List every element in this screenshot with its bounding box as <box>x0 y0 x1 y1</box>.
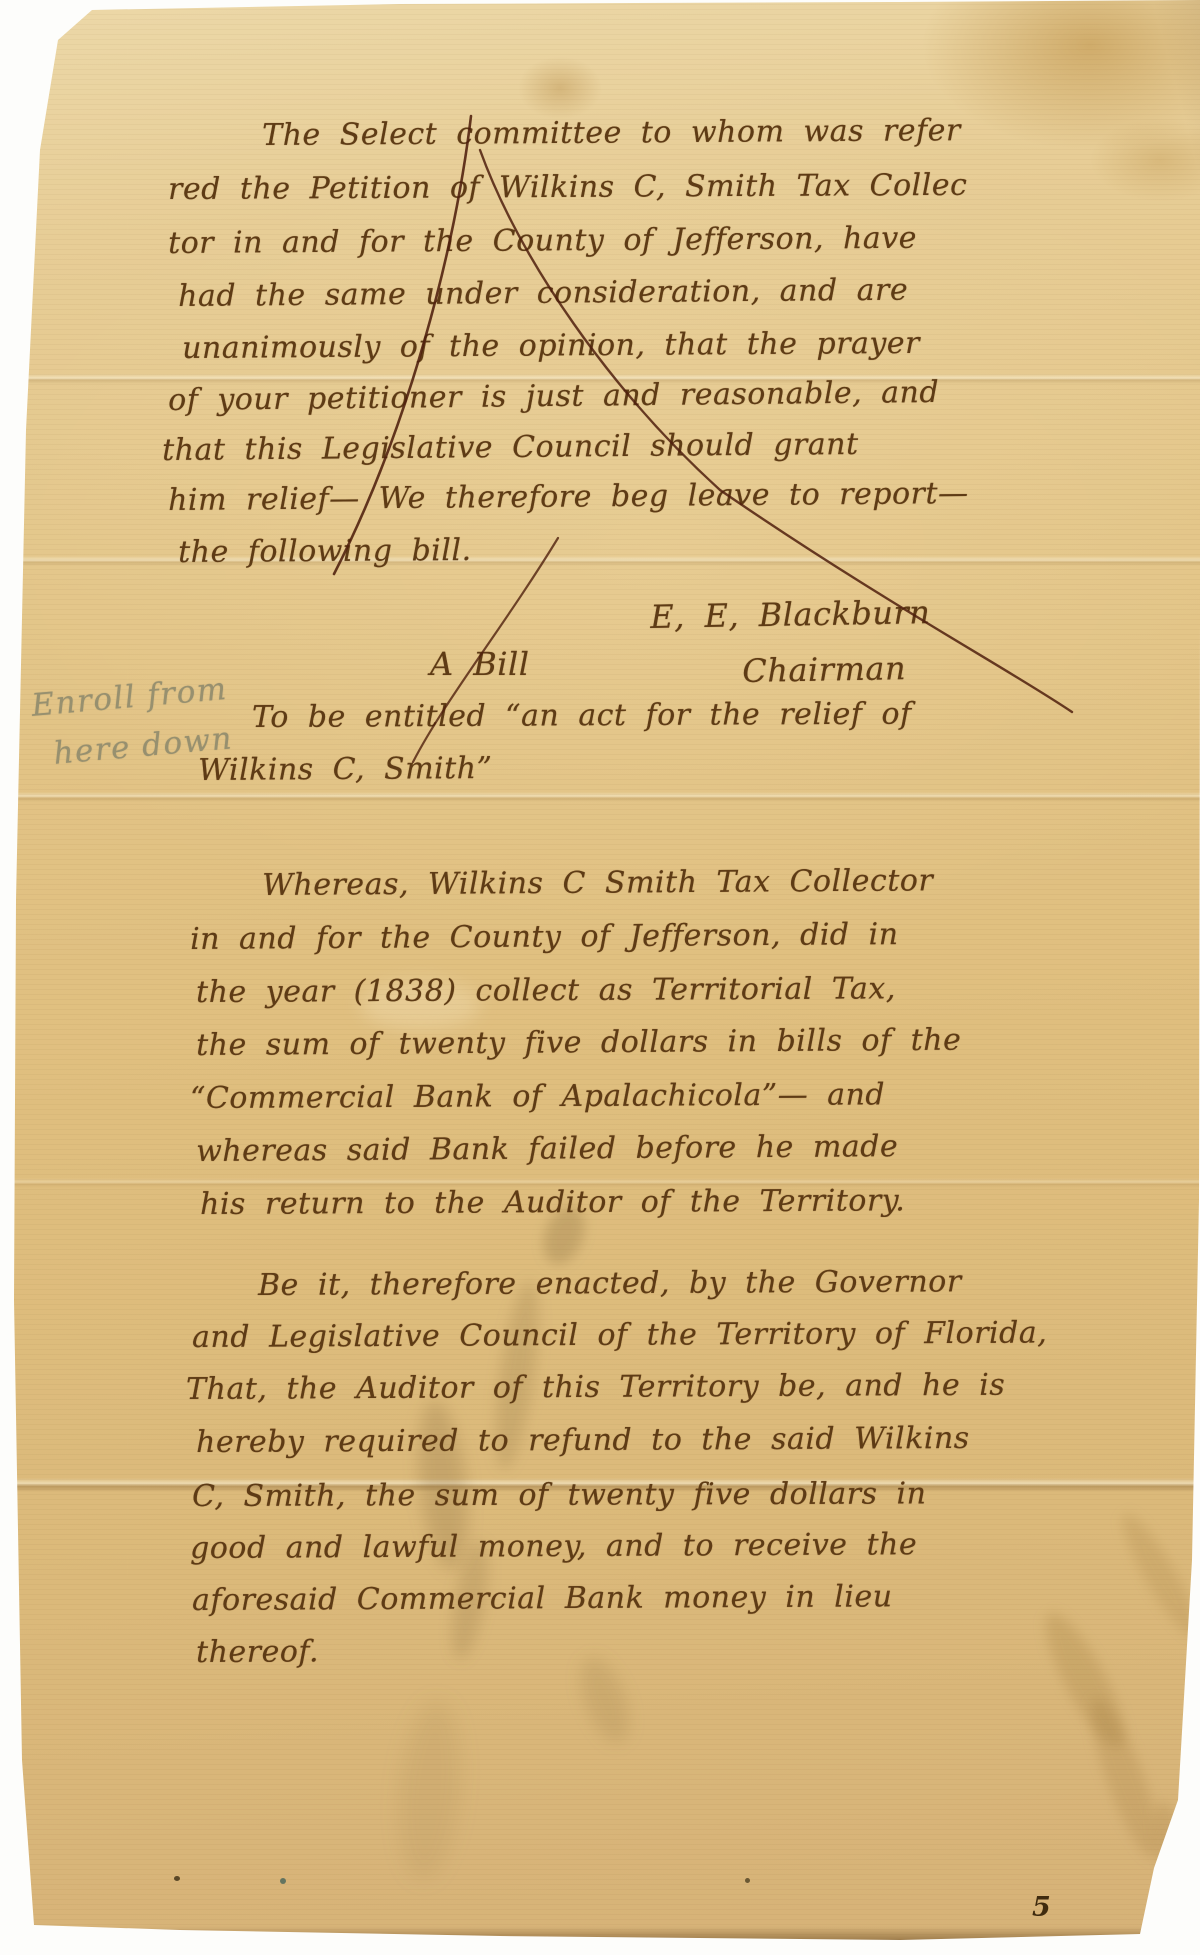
enacting-line: Be it, therefore enacted, by the Governo… <box>258 1264 962 1303</box>
whereas-line: “Commercial Bank of Apalachicola”— and <box>190 1077 885 1116</box>
whereas-line: the sum of twenty five dollars in bills … <box>196 1023 961 1063</box>
ink-dot <box>174 1876 180 1881</box>
report-line: red the Petition of Wilkins C, Smith Tax… <box>168 168 967 207</box>
report-line: of your petitioner is just and reasonabl… <box>168 375 939 418</box>
bill-title-line: To be entitled “an act for the relief of <box>252 697 912 735</box>
page-number: 5 <box>1032 1892 1051 1923</box>
signature-title: Chairman <box>742 649 906 690</box>
ghost-writing-smudge <box>392 1698 467 1883</box>
ink-dot <box>745 1878 750 1883</box>
report-line: the following bill. <box>178 533 472 570</box>
pencil-note-line: Enroll from <box>30 671 229 724</box>
enacting-line: hereby required to refund to the said Wi… <box>196 1421 970 1460</box>
ink-dot <box>280 1878 286 1884</box>
enacting-line: That, the Auditor of this Territory be, … <box>186 1368 1005 1407</box>
whereas-line: whereas said Bank failed before he made <box>196 1129 898 1169</box>
whereas-line: his return to the Auditor of the Territo… <box>200 1183 905 1222</box>
ghost-writing-smudge <box>1146 1798 1200 1912</box>
report-line: him relief— We therefore beg leave to re… <box>168 476 969 518</box>
report-line: unanimously of the opinion, that the pra… <box>182 326 920 366</box>
report-line: The Select committee to whom was refer <box>262 113 961 153</box>
report-line: tor in and for the County of Jefferson, … <box>168 221 917 261</box>
document-paper: The Select committee to whom was refer r… <box>0 0 1200 1955</box>
enacting-line: and Legislative Council of the Territory… <box>192 1316 1047 1355</box>
fold-crease <box>0 792 1200 802</box>
report-line: had the same under consideration, and ar… <box>178 273 908 314</box>
scanned-document: { "document_type": "handwritten legislat… <box>0 0 1200 1955</box>
report-line: that this Legislative Council should gra… <box>162 427 859 468</box>
signature-name: E, E, Blackburn <box>650 593 931 636</box>
enacting-line: aforesaid Commercial Bank money in lieu <box>192 1579 893 1618</box>
whereas-line: in and for the County of Jefferson, did … <box>190 917 899 957</box>
whereas-line: the year (1838) collect as Territorial T… <box>196 971 896 1010</box>
ghost-writing-smudge <box>1112 1507 1200 1643</box>
stain <box>571 1651 639 1749</box>
ghost-writing-smudge <box>1079 1692 1171 1864</box>
ghost-writing-smudge <box>1032 1604 1138 1755</box>
enacting-line: good and lawful money, and to receive th… <box>190 1527 917 1566</box>
bill-title-line: Wilkins C, Smith” <box>198 751 493 788</box>
bill-heading: A Bill <box>430 645 530 683</box>
enacting-line: C, Smith, the sum of twenty five dollars… <box>192 1476 927 1514</box>
whereas-line: Whereas, Wilkins C Smith Tax Collector <box>262 863 933 903</box>
paper-bottom-edge <box>20 1927 1160 1943</box>
enacting-line: thereof. <box>196 1634 319 1670</box>
